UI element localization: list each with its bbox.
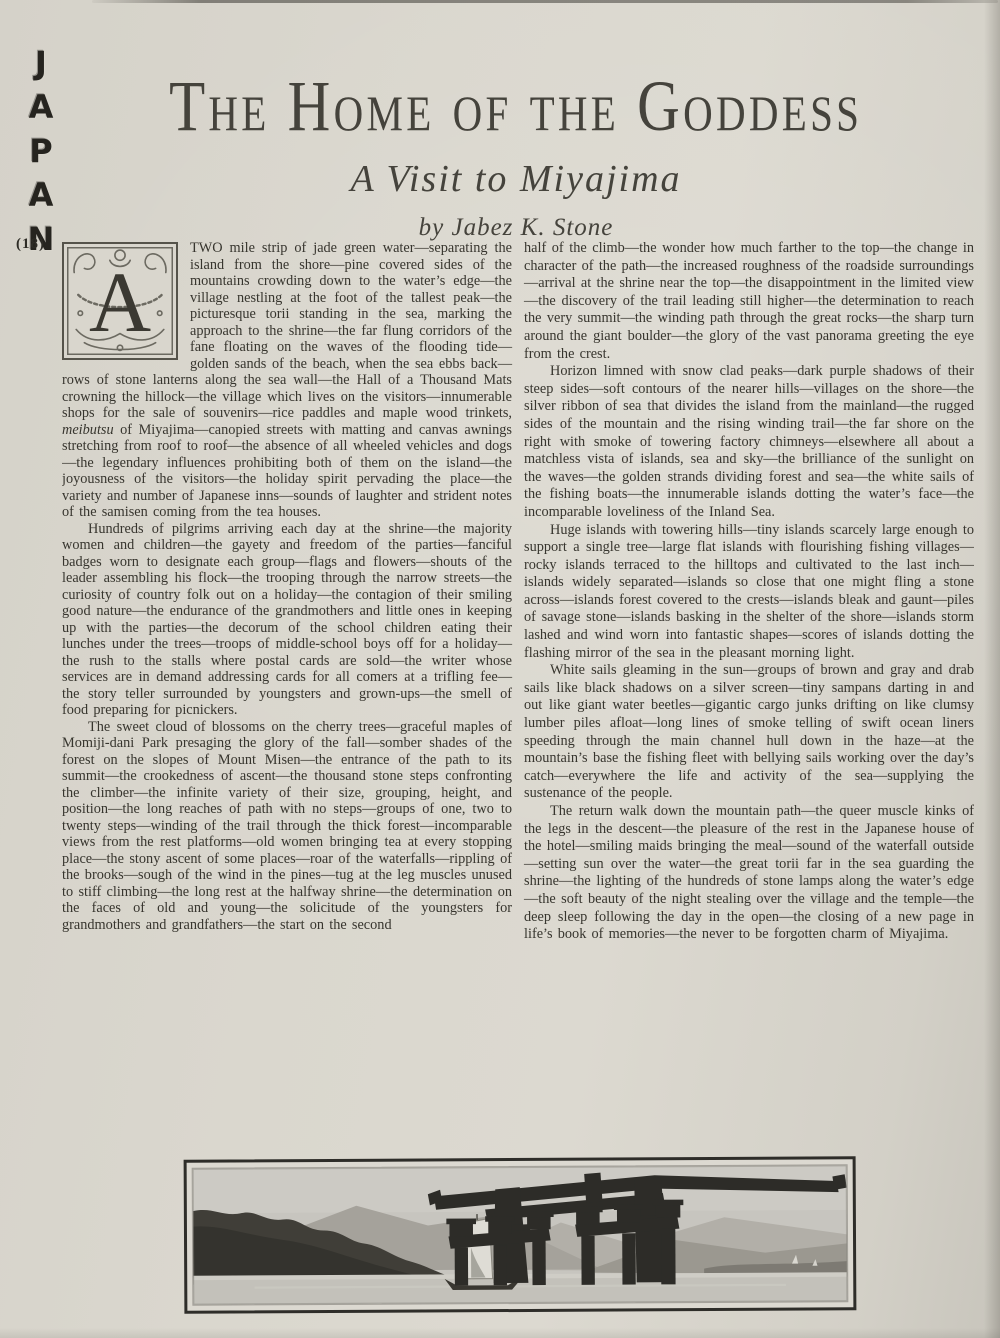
page-number: (18) bbox=[16, 236, 45, 253]
right-column: half of the climb—the wonder how much fa… bbox=[524, 240, 974, 1146]
photo-torii-support-left bbox=[446, 1211, 554, 1285]
page-subtitle: A Visit to Miyajima bbox=[60, 160, 972, 198]
article-body: A TWO mile strip of jade green water—sep… bbox=[62, 240, 974, 1146]
paragraph: The sweet cloud of blossoms on the cherr… bbox=[62, 719, 512, 934]
spine-label-japan: JAPAN bbox=[22, 44, 60, 264]
torii-photo-art bbox=[193, 1165, 848, 1304]
paragraph: half of the climb—the wonder how much fa… bbox=[524, 240, 974, 363]
scan-top-edge bbox=[92, 0, 998, 3]
paragraph: The return walk down the mountain path—t… bbox=[524, 803, 974, 944]
page-title-text: The Home of the Goddess bbox=[169, 70, 862, 142]
byline: by Jabez K. Stone bbox=[60, 214, 972, 242]
page-title: The Home of the Goddess bbox=[60, 70, 972, 142]
dropcap-letter: A bbox=[64, 246, 176, 358]
paragraph: White sails gleaming in the sun—groups o… bbox=[524, 662, 974, 803]
left-column: A TWO mile strip of jade green water—sep… bbox=[62, 240, 512, 1146]
dropcap-ornament: A bbox=[62, 242, 178, 360]
paragraph: Horizon limned with snow clad peaks—dark… bbox=[524, 363, 974, 521]
magazine-page: JAPAN (18) The Home of the Goddess A Vis… bbox=[0, 0, 1000, 1338]
paragraph: Hundreds of pilgrims arriving each day a… bbox=[62, 521, 512, 719]
torii-photo bbox=[184, 1156, 857, 1314]
photo-torii-support-right bbox=[573, 1200, 684, 1285]
paragraph: Huge islands with towering hills—tiny is… bbox=[524, 522, 974, 663]
paragraph: A TWO mile strip of jade green water—sep… bbox=[62, 240, 512, 521]
article-header: The Home of the Goddess A Visit to Miyaj… bbox=[60, 70, 972, 242]
